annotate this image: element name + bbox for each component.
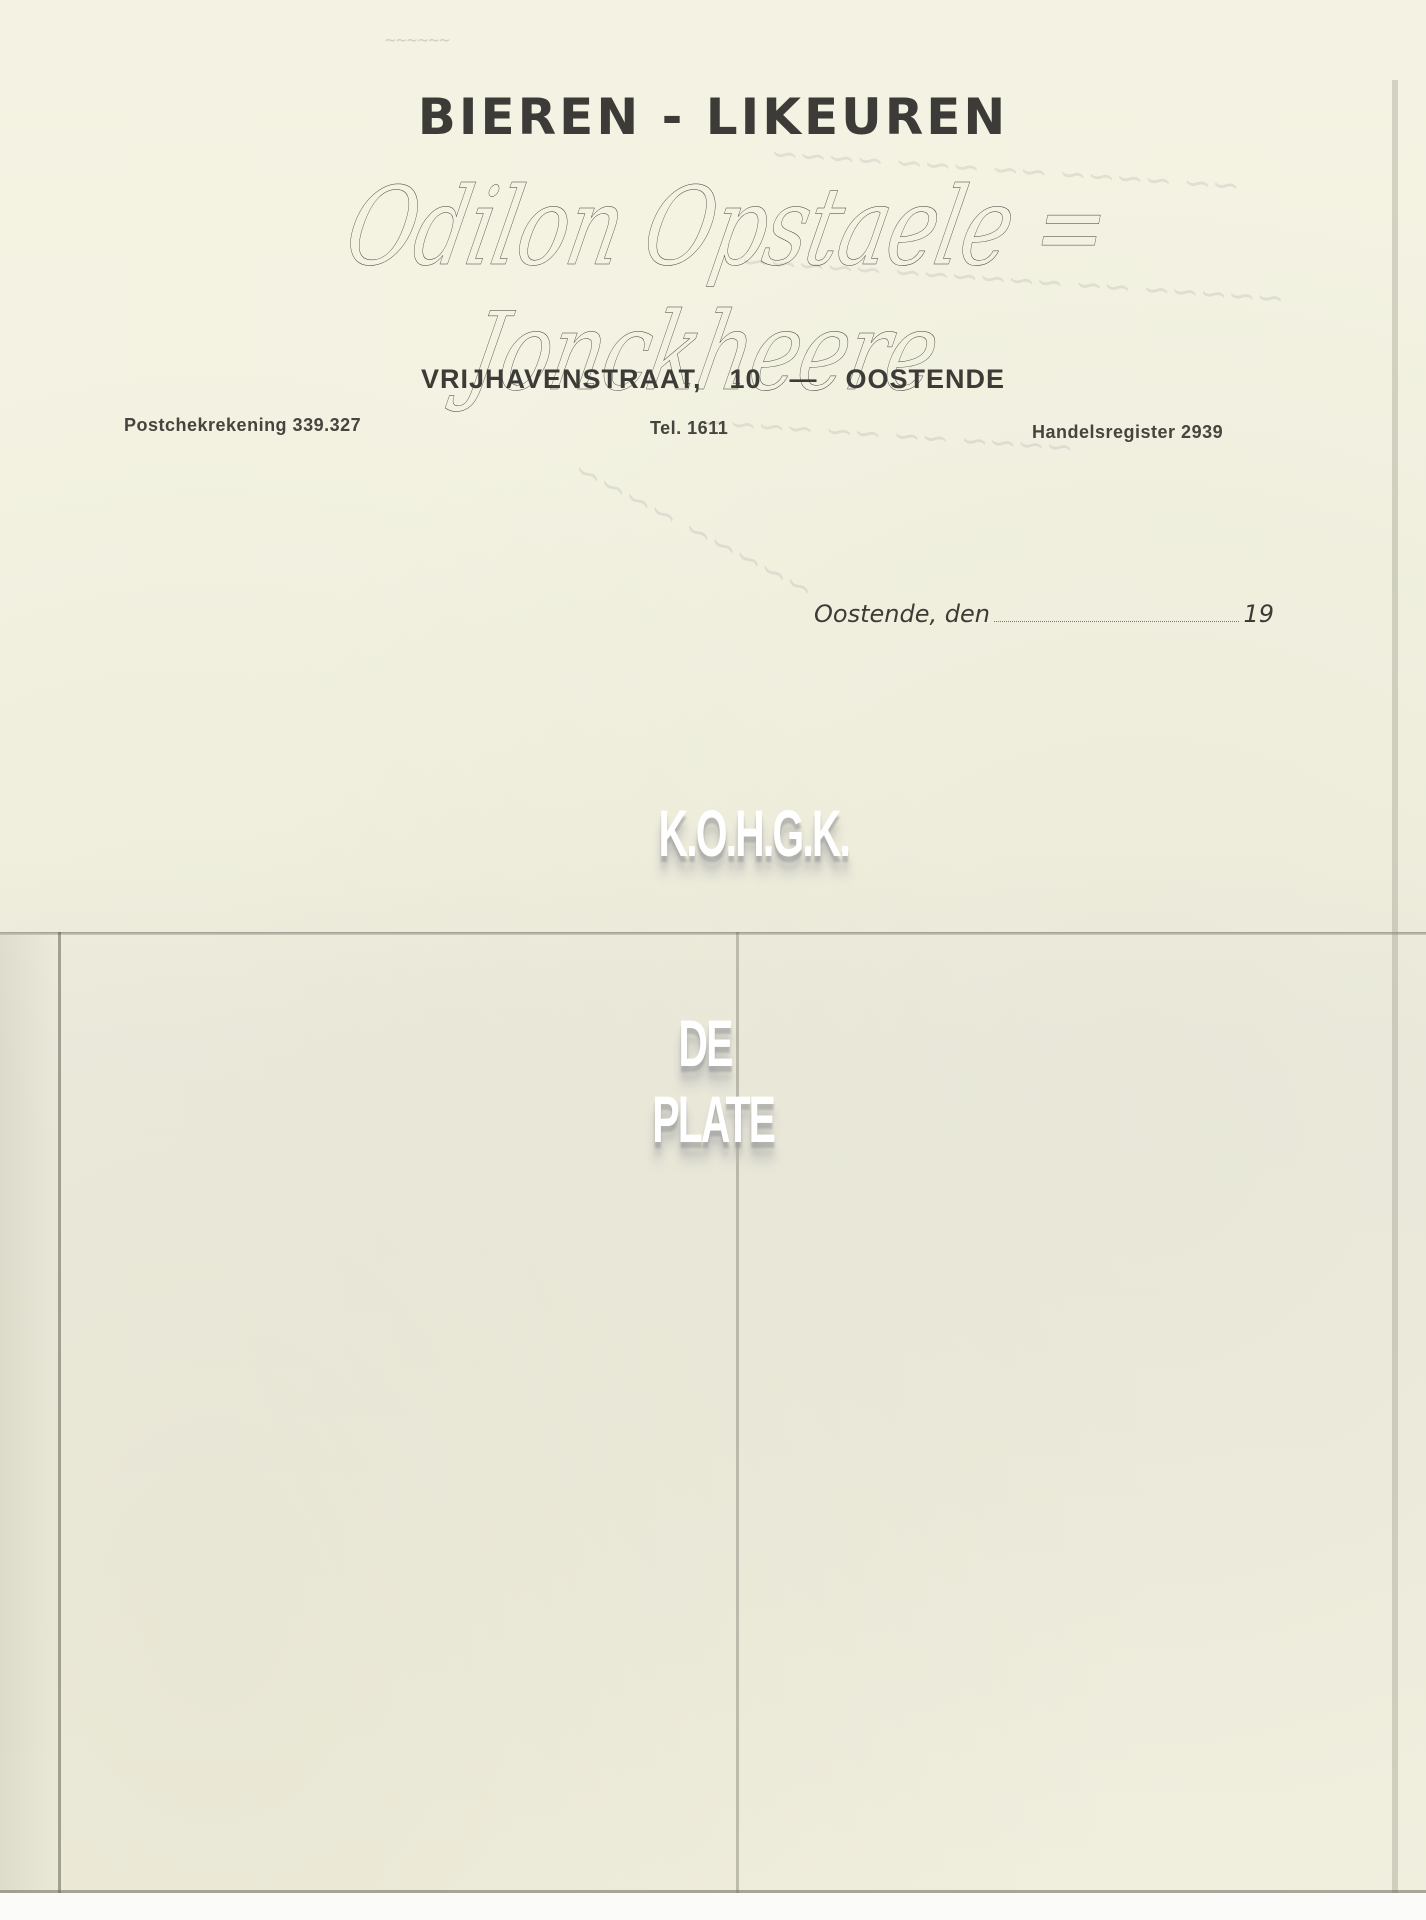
pencil-note: ~~~~~~ <box>385 30 450 51</box>
date-year-prefix: 19 <box>1243 600 1274 628</box>
watermark-kohgk: K.O.H.G.K. <box>659 795 752 871</box>
trade-register: Handelsregister 2939 <box>1032 422 1223 443</box>
address-number: 10 <box>729 364 761 394</box>
address-separator: — <box>790 364 818 394</box>
date-fill-in-dots <box>994 620 1240 622</box>
date-prefix: Oostende, den <box>814 600 990 628</box>
postal-account: Postchekrekening 339.327 <box>124 415 361 436</box>
watermark-de-plate: DE PLATE <box>652 1005 757 1157</box>
telephone: Tel. 1611 <box>650 418 728 439</box>
address-street: VRIJHAVENSTRAAT, <box>421 364 702 394</box>
letterhead-paper: ~~ ~~~~ ~~ ~~~ ~~~~ ~~~~~ ~~ ~~~~~~ ~~~~… <box>0 0 1426 1893</box>
address-city: OOSTENDE <box>846 364 1006 394</box>
date-line: Oostende, den 19 <box>814 600 1274 640</box>
right-fold-crease <box>1392 80 1398 1893</box>
company-address: VRIJHAVENSTRAAT,10—OOSTENDE <box>0 364 1426 395</box>
bleed-through-handwriting: ~~~~~ ~~~~ <box>566 450 821 611</box>
left-edge-shading <box>0 932 60 1893</box>
left-fold-crease <box>58 932 61 1893</box>
trade-heading: BIEREN - LIKEUREN <box>0 88 1426 146</box>
horizontal-fold-crease <box>0 932 1426 935</box>
